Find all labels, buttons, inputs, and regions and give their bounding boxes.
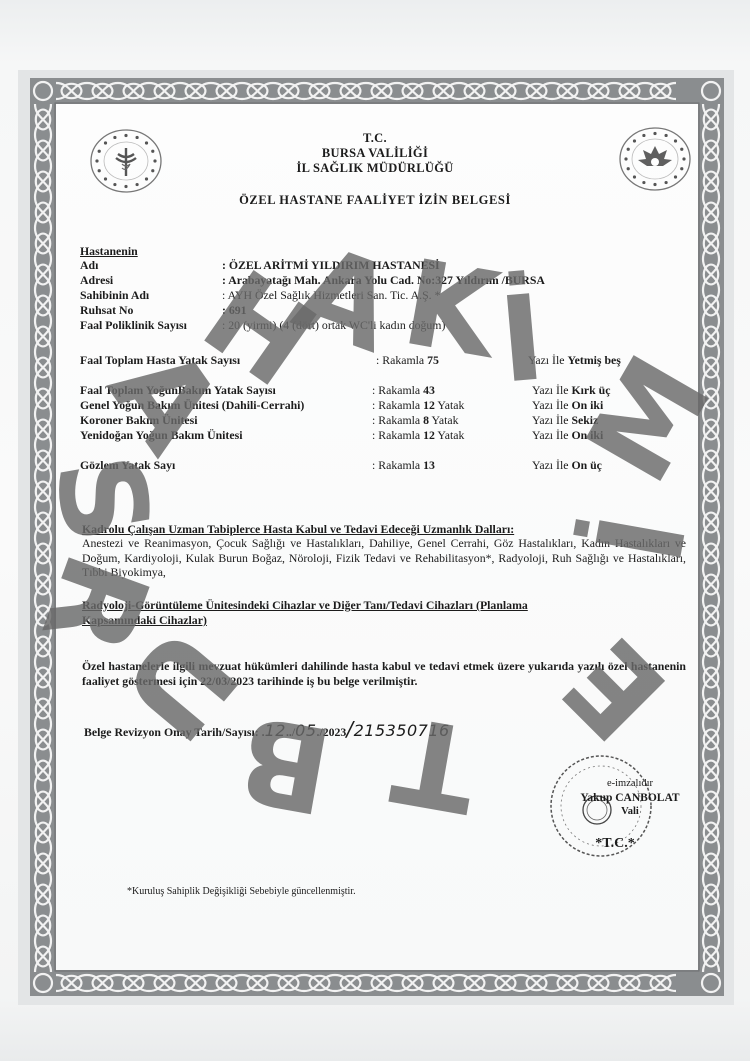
revision-year: 2023: [323, 725, 347, 739]
field-value-polyclinics: : 20 (yirmi) (4 (dört) ortak WC'li kadın…: [222, 318, 445, 332]
revision-month: 05: [295, 721, 316, 740]
document-title: ÖZEL HASTANE FAALİYET İZİN BELGESİ: [0, 193, 750, 208]
field-label-license: Ruhsat No: [80, 303, 133, 317]
bed-row-words: Yazı İle Kırk üç: [532, 383, 610, 397]
bed-row-number: : Rakamla 8 Yatak: [372, 413, 459, 427]
bed-row-label: Yenidoğan Yoğun Bakım Ünitesi: [80, 428, 242, 442]
bed-row-label: Genel Yoğun Bakım Ünitesi (Dahili-Cerrah…: [80, 398, 304, 412]
hospital-section-heading: Hastanenin: [80, 244, 138, 258]
bed-row-number: : Rakamla 75: [376, 353, 439, 367]
bed-row-number: : Rakamla 12 Yatak: [372, 398, 464, 412]
field-label-address: Adresi: [80, 273, 113, 287]
bed-row-words: Yazı İle Sekiz: [532, 413, 598, 427]
revision-number: 215350716: [354, 721, 450, 740]
header-governorship: BURSA VALİLİĞİ: [0, 146, 750, 161]
devices-heading-line1: Radyoloji-Görüntüleme Ünitesindeki Cihaz…: [82, 598, 528, 612]
bed-row-number: : Rakamla 12 Yatak: [372, 428, 464, 442]
specialties-heading: Kadrolu Çalışan Uzman Tabiplerce Hasta K…: [82, 522, 514, 536]
field-value-owner: : AYH Özel Sağlık Hizmetleri San. Tic. A…: [222, 288, 440, 302]
header-country: T.C.: [0, 131, 750, 146]
devices-heading-line2: Kapsamındaki Cihazlar): [82, 613, 207, 627]
field-label-owner: Sahibinin Adı: [80, 288, 149, 302]
bed-row-words: Yazı İle On iki: [532, 398, 603, 412]
bed-row-words: Yazı İle On üç: [532, 458, 602, 472]
signatory-name: Yakup CANBOLAT: [555, 792, 705, 804]
bed-row-number: : Rakamla 43: [372, 383, 435, 397]
field-value-name: : ÖZEL ARİTMİ YILDIRIM HASTANESİ: [222, 258, 440, 272]
footnote: *Kuruluş Sahiplik Değişikliği Sebebiyle …: [127, 885, 356, 899]
specialties-list: Anestezi ve Reanimasyon, Çocuk Sağlığı v…: [82, 536, 686, 580]
revision-label: Belge Revizyon Onay Tarih/Sayısı:: [84, 725, 259, 739]
field-label-name: Adı: [80, 258, 98, 272]
bed-row-label: Gözlem Yatak Sayı: [80, 458, 175, 472]
header-directorate: İL SAĞLIK MÜDÜRLÜĞÜ: [0, 161, 750, 176]
e-signature-note: e-imzalıdır: [555, 778, 705, 789]
bed-row-words: Yazı İle Yetmiş beş: [528, 353, 621, 367]
bed-row-label: Faal Toplam YoğunBakım Yatak Sayısı: [80, 383, 276, 397]
revision-day: 12: [265, 721, 286, 740]
issuance-statement: Özel hastanelerle ilgili mevzuat hükümle…: [82, 659, 686, 689]
field-value-address: : Arabayatağı Mah. Ankara Yolu Cad. No:3…: [222, 273, 545, 287]
seal-text: *T.C.*: [540, 836, 690, 852]
bed-row-number: : Rakamla 13: [372, 458, 435, 472]
bed-row-label: Koroner Bakım Ünitesi: [80, 413, 198, 427]
signatory-title: Vali: [555, 806, 705, 817]
field-value-license: : 691: [222, 303, 247, 317]
bed-row-words: Yazı İle On iki: [532, 428, 603, 442]
bed-row-label: Faal Toplam Hasta Yatak Sayısı: [80, 353, 240, 367]
field-label-polyclinics: Faal Poliklinik Sayısı: [80, 318, 187, 332]
revision-line: Belge Revizyon Onay Tarih/Sayısı: .12../…: [84, 722, 450, 739]
